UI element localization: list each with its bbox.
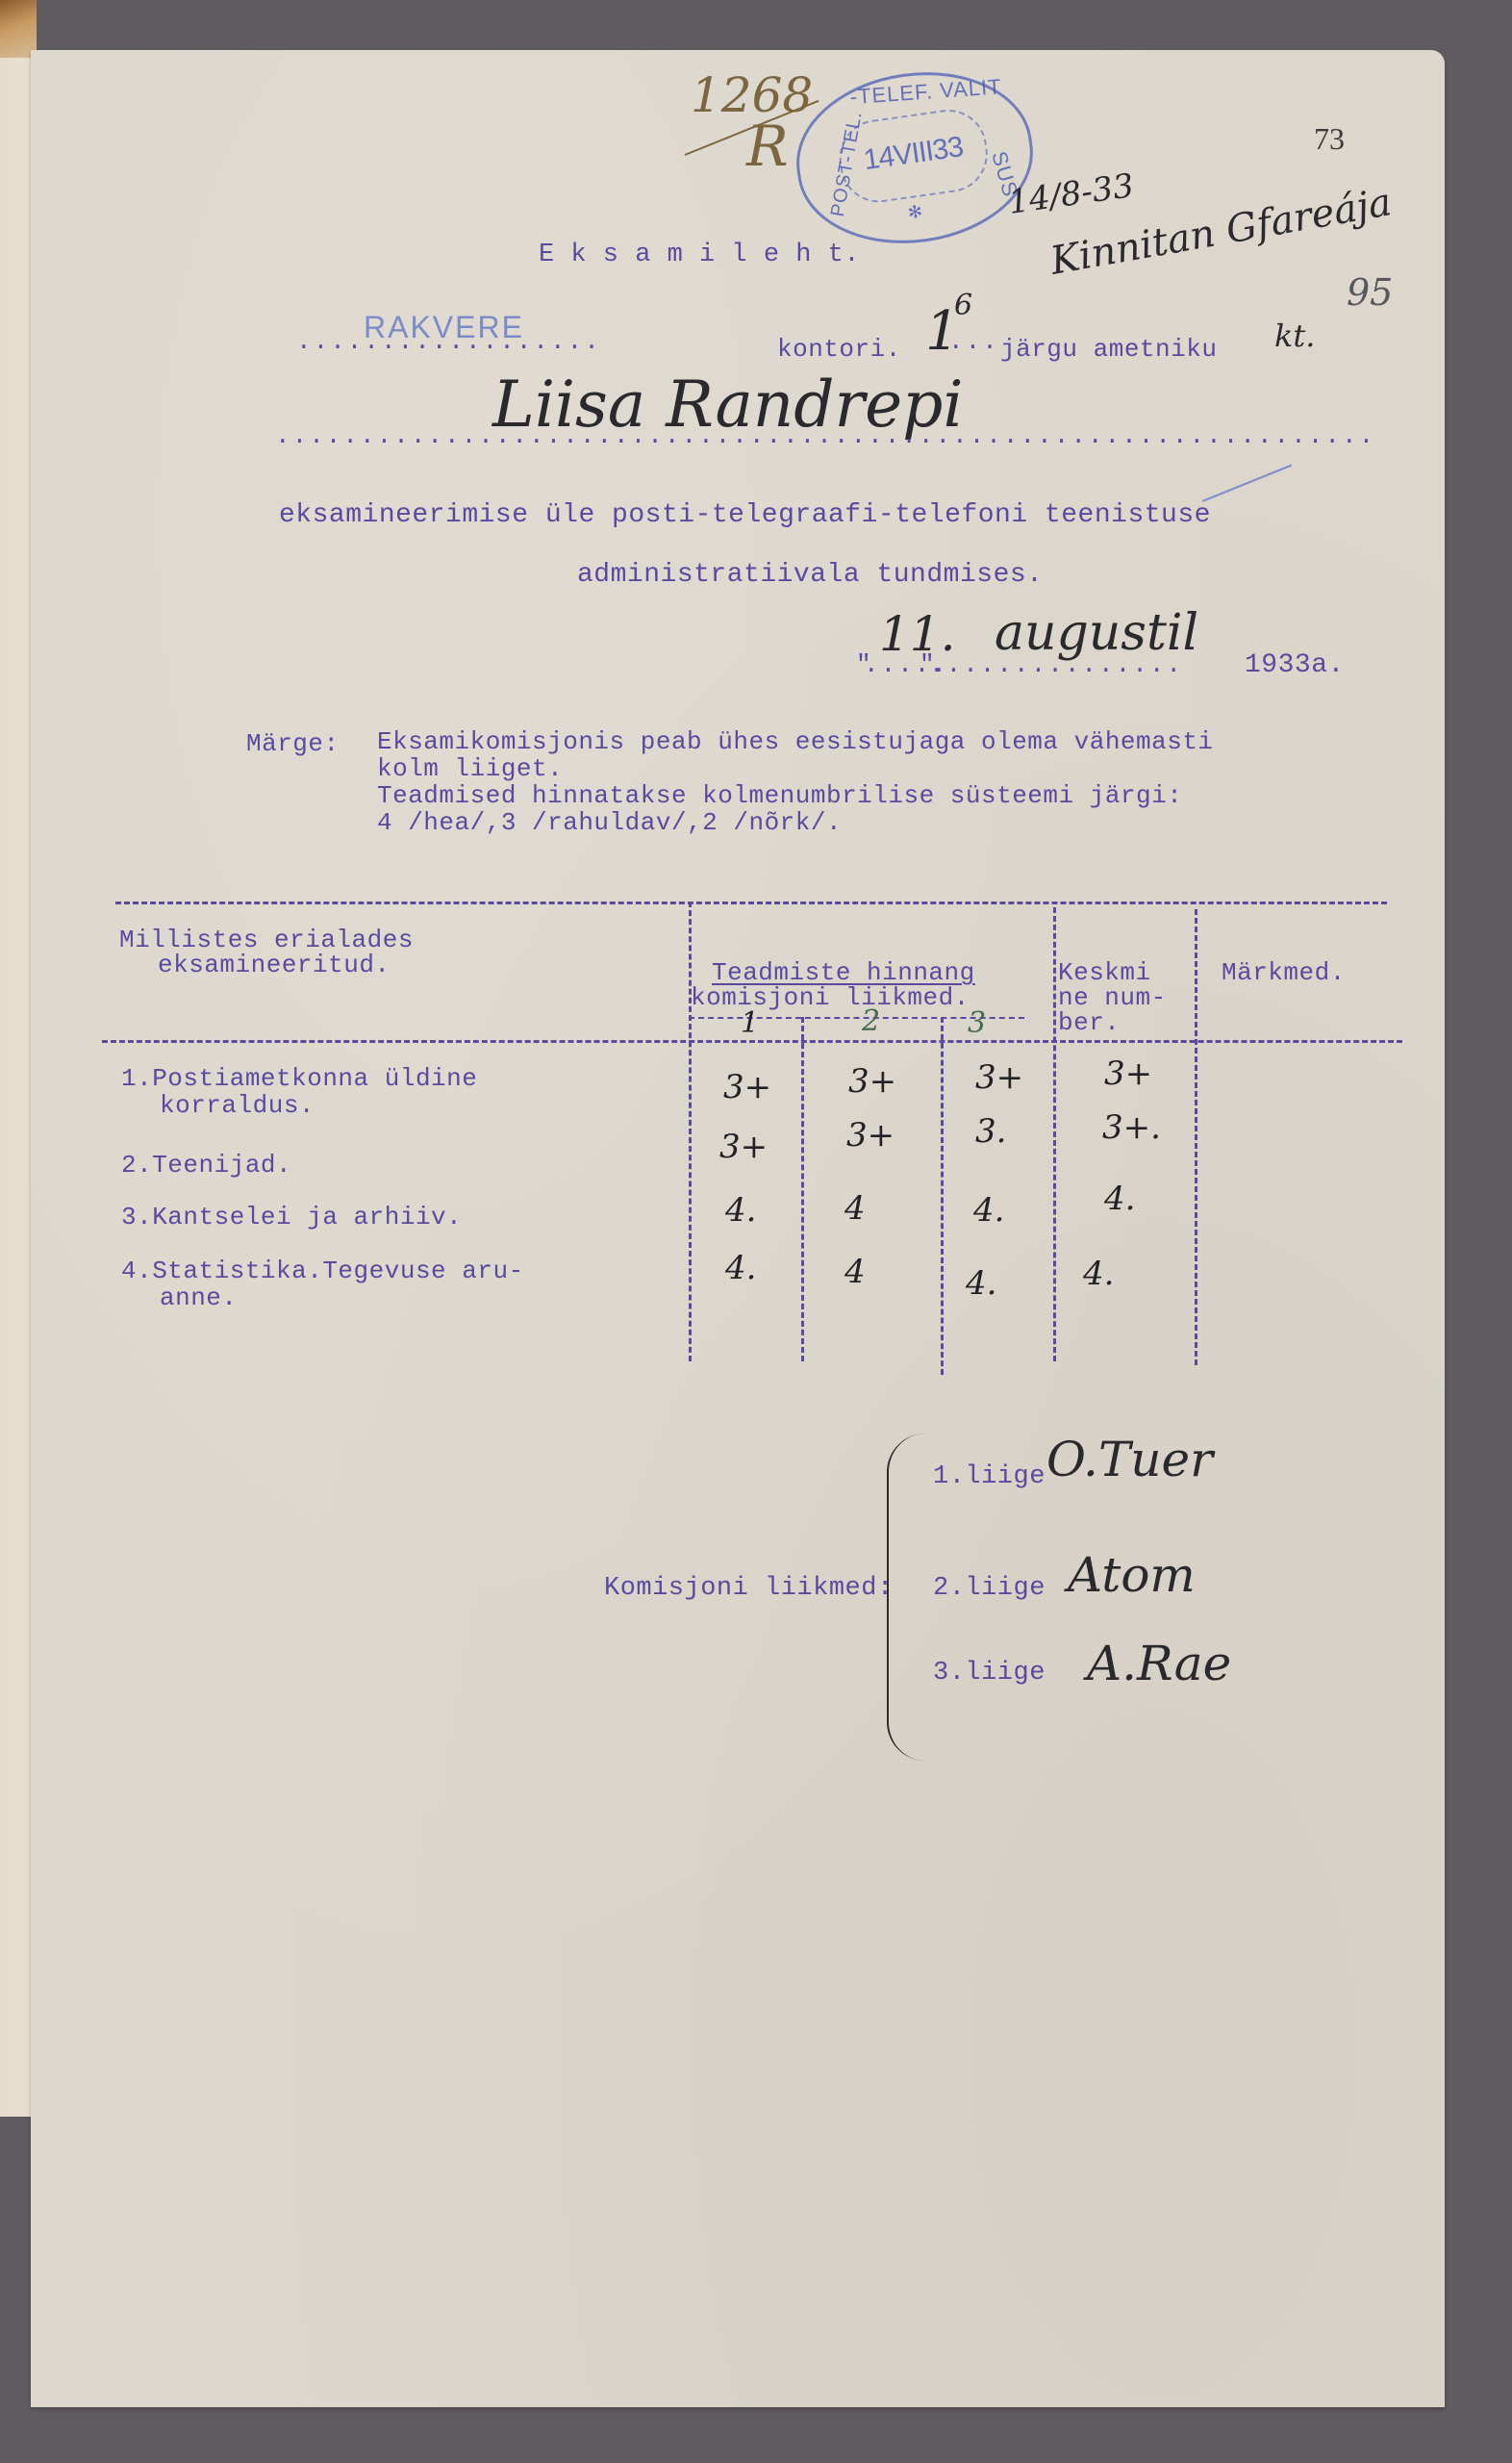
- grade-average: 4.: [1083, 1255, 1114, 1293]
- table-top-rule: [115, 901, 1387, 904]
- form-title: E k s a m i l e h t.: [539, 241, 860, 269]
- grade-member-3: 4.: [973, 1191, 1004, 1230]
- stamp-date: 14VIII33: [840, 128, 987, 181]
- commission-label: Komisjoni liikmed:: [604, 1574, 894, 1603]
- note-label: Märge:: [246, 729, 340, 758]
- header-member-2: 2: [862, 1004, 880, 1038]
- member-2-label: 2.liige: [933, 1574, 1046, 1603]
- row-subject-line-1: 3.Kantselei ja arhiiv.: [121, 1203, 462, 1231]
- row-subject-line-1: 4.Statistika.Tegevuse aru-: [121, 1257, 524, 1285]
- grade-member-1: 3+: [723, 1068, 771, 1106]
- table-col-line-4: [1053, 907, 1056, 1361]
- note-line-4: 4 /hea/,3 /rahuldav/,2 /nõrk/.: [377, 808, 842, 837]
- office-label: kontori.: [777, 335, 901, 364]
- grade-member-3: 3+: [975, 1058, 1023, 1097]
- registry-mark: R: [746, 114, 789, 179]
- grade-member-3: 4.: [966, 1264, 996, 1303]
- header-average-line-3: ber.: [1058, 1008, 1120, 1037]
- table-col-line-5: [1195, 909, 1197, 1365]
- note-line-3: Teadmised hinnatakse kolmenumbrilise süs…: [377, 781, 1182, 810]
- row-subject-line-1: 2.Teenijad.: [121, 1151, 291, 1180]
- date-day-handwritten: 11.: [879, 606, 956, 662]
- name-dots: ........................................…: [275, 421, 1375, 450]
- table-col-line-2: [801, 1017, 804, 1361]
- member-2-signature: Atom: [1068, 1547, 1196, 1603]
- date-year: 1933a.: [1245, 650, 1345, 680]
- table-header-rule: [102, 1040, 1402, 1043]
- purpose-line-2: administratiivala tundmises.: [577, 560, 1043, 590]
- row-subject-line-2: anne.: [160, 1283, 238, 1312]
- star-icon: ✻: [907, 199, 923, 226]
- rank-dots: ...: [948, 327, 999, 356]
- grade-member-1: 4.: [725, 1249, 756, 1287]
- row-subject-line-1: 1.Postiametkonna üldine: [121, 1064, 477, 1093]
- member-3-label: 3.liige: [933, 1659, 1046, 1688]
- grade-member-1: 4.: [725, 1191, 756, 1230]
- grade-member-2: 3+: [848, 1062, 896, 1101]
- member-1-signature: O.Tuer: [1046, 1432, 1213, 1487]
- grade-average: 4.: [1104, 1180, 1135, 1218]
- rank-label: järgu ametniku: [1000, 335, 1217, 364]
- grade-member-2: 3+: [846, 1116, 895, 1155]
- table-col-line-3: [941, 1017, 944, 1375]
- header-assessment-line-2: komisjoni liikmed.: [691, 983, 970, 1012]
- table-col-line-1: [689, 901, 692, 1361]
- row-subject-line-2: korraldus.: [160, 1091, 315, 1120]
- grade-average: 3+: [1104, 1054, 1152, 1093]
- grade-member-2: 4: [844, 1189, 866, 1228]
- header-notes: Märkmed.: [1222, 958, 1346, 987]
- header-subject-line-2: eksamineeritud.: [158, 951, 391, 979]
- grade-member-2: 4: [844, 1253, 866, 1291]
- grade-member-3: 3.: [975, 1112, 1006, 1151]
- page-number: 73: [1314, 121, 1345, 157]
- member-3-signature: A.Rae: [1087, 1636, 1231, 1691]
- date-month-handwritten: augustil: [995, 604, 1198, 662]
- header-member-3: 3: [968, 1006, 986, 1040]
- rank-superscript: 6: [954, 289, 972, 322]
- grade-member-1: 3+: [719, 1128, 768, 1166]
- note-line-2: kolm liiget.: [377, 754, 563, 783]
- member-1-label: 1.liige: [933, 1462, 1046, 1491]
- office-stamp: RAKVERE: [364, 310, 524, 345]
- note-line-1: Eksamikomisjonis peab ühes eesistujaga o…: [377, 729, 1214, 754]
- purpose-line-1: eksamineerimise üle posti-telegraafi-tel…: [279, 500, 1211, 530]
- handwritten-number: 95: [1347, 271, 1393, 314]
- grade-average: 3+.: [1102, 1108, 1161, 1147]
- header-member-1: 1: [741, 1006, 759, 1040]
- handwritten-kt: kt.: [1274, 317, 1315, 354]
